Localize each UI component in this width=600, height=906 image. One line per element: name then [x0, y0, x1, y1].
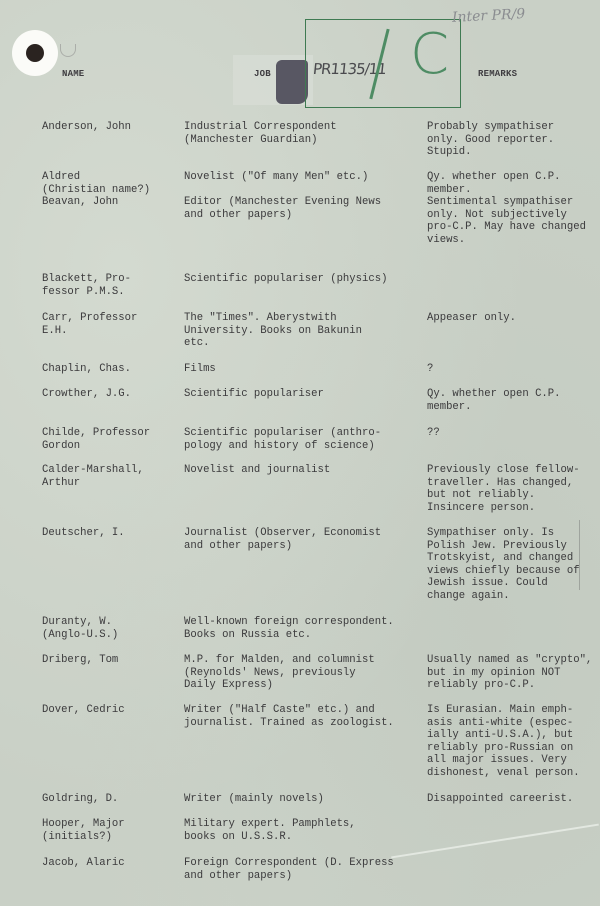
entry-job: Military expert. Pamphlets, books on U.S…: [184, 818, 427, 843]
entry-name: Jacob, Alaric: [42, 857, 184, 882]
entry-name: Crowther, J.G.: [42, 388, 184, 413]
table-row: Childe, Professor GordonScientific popul…: [42, 427, 598, 452]
entry-remarks: Usually named as "crypto", but in my opi…: [427, 654, 598, 692]
entry-name: Driberg, Tom: [42, 654, 184, 692]
table-row: Dover, CedricWriter ("Half Caste" etc.) …: [42, 704, 598, 780]
entry-job: Writer ("Half Caste" etc.) and journalis…: [184, 704, 427, 780]
table-row: Jacob, AlaricForeign Correspondent (D. E…: [42, 857, 598, 882]
entry-job: Scientific populariser: [184, 388, 427, 413]
paper-crease: [579, 520, 600, 590]
column-header-name: NAME: [62, 69, 84, 79]
table-row: Aldred (Christian name?)Novelist ("Of ma…: [42, 171, 598, 196]
table-row: Driberg, TomM.P. for Malden, and columni…: [42, 654, 598, 692]
entry-remarks: Is Eurasian. Main emph- asis anti-white …: [427, 704, 598, 780]
entry-name: Dover, Cedric: [42, 704, 184, 780]
entry-remarks: [427, 273, 598, 298]
column-header-job: JOB: [254, 69, 271, 79]
entry-name: Duranty, W. (Anglo-U.S.): [42, 616, 184, 641]
entry-remarks: Disappointed careerist.: [427, 793, 598, 806]
entry-remarks: [427, 616, 598, 641]
entry-job: The "Times". Aberystwith University. Boo…: [184, 312, 427, 350]
entry-job: Films: [184, 363, 427, 376]
entry-name: Calder-Marshall, Arthur: [42, 464, 184, 514]
pencil-mark: [60, 44, 76, 57]
handwritten-note: Inter PR/9: [452, 6, 526, 26]
entry-remarks: Appeaser only.: [427, 312, 598, 350]
table-row: Chaplin, Chas.Films?: [42, 363, 598, 376]
entry-name: Carr, Professor E.H.: [42, 312, 184, 350]
table-row: Calder-Marshall, ArthurNovelist and jour…: [42, 464, 598, 514]
entry-remarks: ??: [427, 427, 598, 452]
entry-job: Journalist (Observer, Economist and othe…: [184, 527, 427, 603]
entry-name: Childe, Professor Gordon: [42, 427, 184, 452]
entry-name: Hooper, Major (initials?): [42, 818, 184, 843]
table-row: Beavan, JohnEditor (Manchester Evening N…: [42, 196, 598, 246]
table-row: Blackett, Pro- fessor P.M.S.Scientific p…: [42, 273, 598, 298]
entry-remarks: Qy. whether open C.P. member.: [427, 171, 598, 196]
entry-job: Novelist and journalist: [184, 464, 427, 514]
entry-job: M.P. for Malden, and columnist (Reynolds…: [184, 654, 427, 692]
entry-job: Well-known foreign correspondent. Books …: [184, 616, 427, 641]
table-row: Hooper, Major (initials?)Military expert…: [42, 818, 598, 843]
entry-job: Scientific populariser (anthro- pology a…: [184, 427, 427, 452]
entry-job: Industrial Correspondent (Manchester Gua…: [184, 121, 427, 159]
entry-job: Foreign Correspondent (D. Express and ot…: [184, 857, 427, 882]
ink-blot: [276, 60, 308, 104]
table-row: Crowther, J.G.Scientific populariserQy. …: [42, 388, 598, 413]
entry-name: Anderson, John: [42, 121, 184, 159]
entry-name: Beavan, John: [42, 196, 184, 246]
entry-name: Goldring, D.: [42, 793, 184, 806]
table-row: Anderson, JohnIndustrial Correspondent (…: [42, 121, 598, 159]
entry-name: Chaplin, Chas.: [42, 363, 184, 376]
entry-remarks: ?: [427, 363, 598, 376]
table-row: Duranty, W. (Anglo-U.S.)Well-known forei…: [42, 616, 598, 641]
table-row: Deutscher, I.Journalist (Observer, Econo…: [42, 527, 598, 603]
entry-name: Blackett, Pro- fessor P.M.S.: [42, 273, 184, 298]
entry-remarks: Sentimental sympathiser only. Not subjec…: [427, 196, 598, 246]
entry-job: Scientific populariser (physics): [184, 273, 427, 298]
entry-remarks: [427, 857, 598, 882]
entry-remarks: Qy. whether open C.P. member.: [427, 388, 598, 413]
entry-remarks: [427, 818, 598, 843]
entry-job: Editor (Manchester Evening News and othe…: [184, 196, 427, 246]
stamp-letter: C: [410, 22, 449, 87]
punch-hole: [12, 30, 58, 76]
table-row: Carr, Professor E.H.The "Times". Aberyst…: [42, 312, 598, 350]
entry-remarks: Probably sympathiser only. Good reporter…: [427, 121, 598, 159]
column-header-remarks: REMARKS: [478, 69, 517, 79]
entry-name: Deutscher, I.: [42, 527, 184, 603]
entry-name: Aldred (Christian name?): [42, 171, 184, 196]
entry-job: Novelist ("Of many Men" etc.): [184, 171, 427, 196]
entry-remarks: Sympathiser only. Is Polish Jew. Previou…: [427, 527, 598, 603]
entry-remarks: Previously close fellow- traveller. Has …: [427, 464, 598, 514]
entry-job: Writer (mainly novels): [184, 793, 427, 806]
table-row: Goldring, D.Writer (mainly novels)Disapp…: [42, 793, 598, 806]
